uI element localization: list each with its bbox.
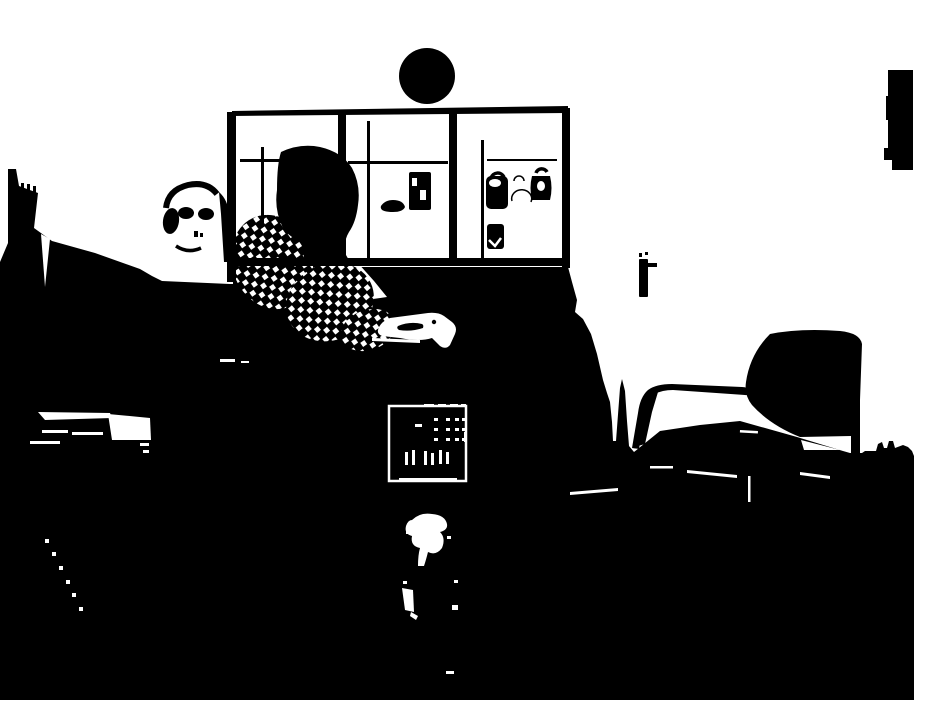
skull-eye-left <box>178 207 194 219</box>
cabinet-right-post <box>562 108 570 268</box>
cabinet-bottom-rail <box>232 258 570 266</box>
cabinet-left-post <box>227 112 236 282</box>
wall-clock <box>399 48 455 104</box>
dark-panel <box>884 70 913 170</box>
chair-rear-bar <box>851 397 860 453</box>
cabinet-divider-2 <box>449 109 457 265</box>
skull-eye-right <box>198 208 214 220</box>
skull-with-headphones <box>150 182 232 278</box>
photo-canvas <box>0 0 938 715</box>
